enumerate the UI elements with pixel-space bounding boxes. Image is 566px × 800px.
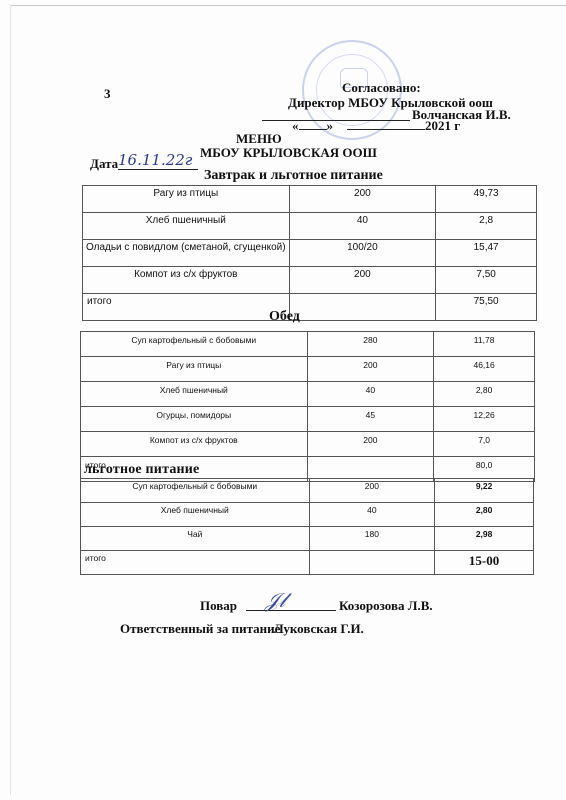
page-edge-left — [10, 5, 11, 795]
table-row: Хлеб пшеничный402,8 — [83, 213, 537, 240]
total-row: итого75,50 — [83, 294, 537, 321]
total-value: 75,50 — [436, 294, 537, 321]
price: 2,8 — [436, 213, 537, 240]
date-value: 16.11.22г — [118, 151, 198, 170]
portion-qty: 40 — [289, 213, 436, 240]
page-number: 3 — [104, 86, 111, 102]
dish-name: Рагу из птицы — [81, 357, 308, 382]
empty-cell — [289, 294, 436, 321]
price: 12,26 — [434, 407, 535, 432]
portion-qty: 200 — [289, 186, 436, 213]
total-value: 15-00 — [435, 551, 534, 575]
table-row: Оладьи с повидлом (сметаной, сгущенкой)1… — [83, 240, 537, 267]
dish-name: Хлеб пшеничный — [81, 382, 308, 407]
quote-close: » — [327, 118, 334, 133]
table-row: Компот из с/х фруктов2007,0 — [81, 432, 535, 457]
portion-qty: 40 — [309, 503, 435, 527]
portion-qty: 200 — [289, 267, 436, 294]
table-row: Хлеб пшеничный402,80 — [81, 503, 534, 527]
section-title-benefit: льготное питание — [84, 462, 199, 478]
school-name: МБОУ КРЫЛОВСКАЯ ООШ — [200, 145, 377, 161]
portion-qty: 45 — [307, 407, 434, 432]
total-label: итого — [81, 551, 310, 575]
price: 7,50 — [436, 267, 537, 294]
portion-qty: 200 — [307, 357, 434, 382]
benefit-table: Суп картофельный с бобовыми2009,22Хлеб п… — [80, 478, 534, 575]
total-row: итого15-00 — [81, 551, 534, 575]
day-blank — [299, 118, 327, 130]
table-row: Рагу из птицы20046,16 — [81, 357, 535, 382]
price: 49,73 — [436, 186, 537, 213]
dish-name: Хлеб пшеничный — [83, 213, 290, 240]
cook-signature-line — [246, 610, 336, 611]
dish-name: Рагу из птицы — [83, 186, 290, 213]
dish-name: Оладьи с повидлом (сметаной, сгущенкой) — [83, 240, 290, 267]
price: 2,98 — [435, 527, 534, 551]
month-blank — [347, 118, 425, 130]
table-row: Компот из с/х фруктов2007,50 — [83, 267, 537, 294]
dish-name: Суп картофельный с бобовыми — [81, 479, 310, 503]
section-title-lunch: Обед — [269, 309, 300, 325]
section-title-breakfast: Завтрак и льготное питание — [204, 168, 383, 184]
table-row: Суп картофельный с бобовыми28011,78 — [81, 332, 535, 357]
price: 7,0 — [434, 432, 535, 457]
breakfast-table: Рагу из птицы20049,73Хлеб пшеничный402,8… — [82, 185, 537, 321]
table-row: Суп картофельный с бобовыми2009,22 — [81, 479, 534, 503]
portion-qty: 200 — [307, 432, 434, 457]
price: 2,80 — [434, 382, 535, 407]
dish-name: Огурцы, помидоры — [81, 407, 308, 432]
page-edge-top — [10, 5, 566, 6]
responsible-name: Луковская Г.И. — [274, 621, 364, 637]
date-label: Дата — [90, 156, 118, 172]
approval-title: Согласовано: — [342, 80, 421, 96]
price: 46,16 — [434, 357, 535, 382]
cook-label: Повар — [200, 598, 237, 614]
cook-signature-icon: 𝒥𝓁 — [265, 588, 285, 612]
portion-qty: 100/20 — [289, 240, 436, 267]
approval-date: «»2021 г — [292, 118, 460, 134]
price: 11,78 — [434, 332, 535, 357]
portion-qty: 180 — [309, 527, 435, 551]
total-label: итого — [83, 294, 290, 321]
table-row: Огурцы, помидоры4512,26 — [81, 407, 535, 432]
dish-name: Компот из с/х фруктов — [83, 267, 290, 294]
portion-qty: 280 — [307, 332, 434, 357]
portion-qty: 40 — [307, 382, 434, 407]
approval-year: 2021 г — [425, 118, 460, 133]
table-row: Чай1802,98 — [81, 527, 534, 551]
table-row: Хлеб пшеничный402,80 — [81, 382, 535, 407]
empty-cell — [309, 551, 435, 575]
lunch-table: Суп картофельный с бобовыми28011,78Рагу … — [80, 331, 535, 482]
price: 9,22 — [435, 479, 534, 503]
dish-name: Компот из с/х фруктов — [81, 432, 308, 457]
responsible-label: Ответственный за питание — [120, 621, 280, 637]
portion-qty: 200 — [309, 479, 435, 503]
dish-name: Хлеб пшеничный — [81, 503, 310, 527]
dish-name: Чай — [81, 527, 310, 551]
price: 15,47 — [436, 240, 537, 267]
cook-name: Козорозова Л.В. — [339, 598, 433, 614]
table-row: Рагу из птицы20049,73 — [83, 186, 537, 213]
dish-name: Суп картофельный с бобовыми — [81, 332, 308, 357]
price: 2,80 — [435, 503, 534, 527]
